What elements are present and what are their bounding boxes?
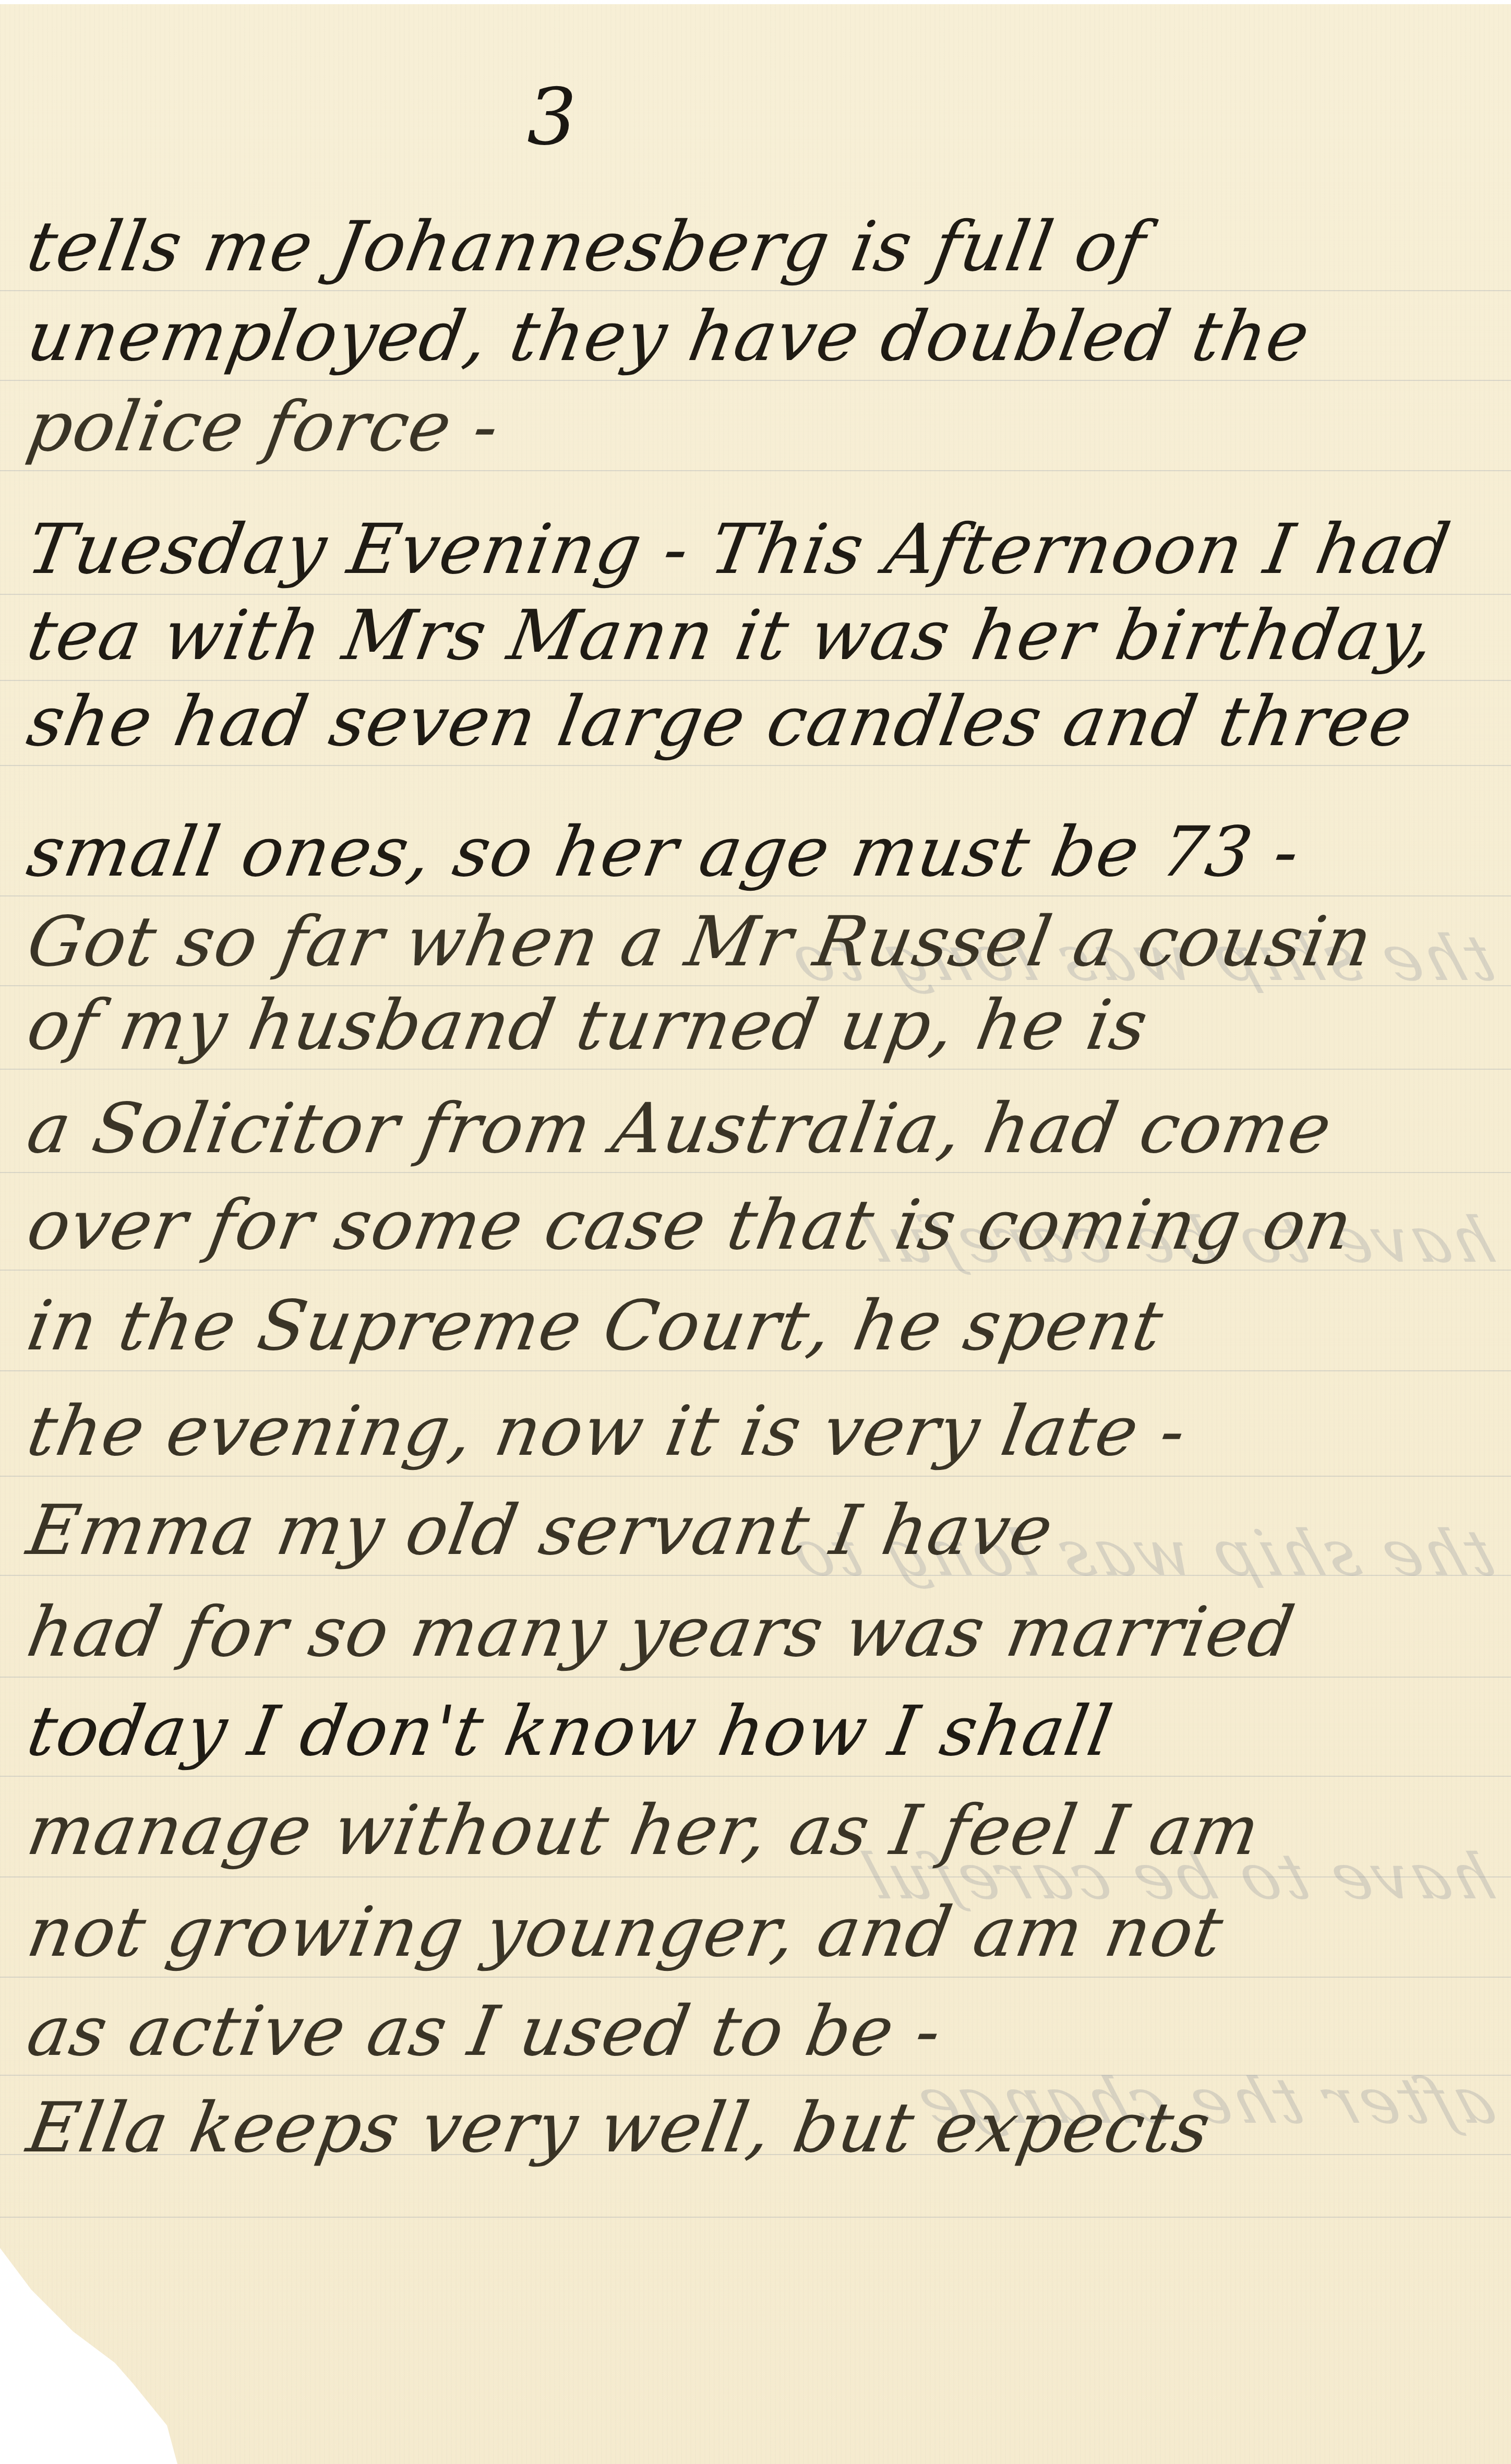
handwritten-line: in the Supreme Court, he spent — [21, 1282, 1508, 1370]
handwritten-line: manage without her, as I feel I am — [21, 1786, 1508, 1875]
handwritten-line: small ones, so her age must be 73 - — [21, 808, 1508, 896]
handwritten-line: had for so many years was married — [21, 1588, 1508, 1677]
handwritten-line: she had seven large candles and three — [21, 677, 1508, 766]
ruled-line — [0, 1876, 1511, 1877]
handwritten-line: not growing younger, and am not — [21, 1888, 1508, 1977]
ruled-line — [0, 1977, 1511, 1978]
ruled-line — [0, 1776, 1511, 1777]
ruled-line — [0, 1677, 1511, 1678]
handwritten-line: unemployed, they have doubled the — [21, 292, 1508, 381]
handwritten-line: Got so far when a Mr Russel a cousin — [21, 898, 1508, 986]
handwritten-line: Tuesday Evening - This Afternoon I had — [21, 505, 1508, 594]
ruled-line — [0, 1270, 1511, 1271]
page-number: 3 — [527, 72, 577, 163]
handwritten-line: the evening, now it is very late - — [21, 1387, 1508, 1476]
handwritten-line: a Solicitor from Australia, had come — [21, 1084, 1508, 1173]
ruled-line — [0, 1476, 1511, 1477]
handwritten-line: as active as I used to be - — [21, 1987, 1508, 2076]
handwritten-line: over for some case that is coming on — [21, 1181, 1508, 1270]
ruled-line — [0, 1575, 1511, 1576]
handwritten-line: tea with Mrs Mann it was her birthday, — [21, 591, 1508, 680]
handwritten-line: today I don't know how I shall — [21, 1687, 1508, 1776]
handwritten-line: police force - — [21, 382, 1508, 471]
handwritten-line: Emma my old servant I have — [21, 1486, 1508, 1575]
ruled-line — [0, 1370, 1511, 1371]
handwritten-line: tells me Johannesberg is full of — [21, 202, 1508, 291]
handwritten-line: of my husband turned up, he is — [21, 981, 1508, 1070]
handwritten-line: Ella keeps very well, but expects — [21, 2084, 1508, 2172]
ruled-line — [0, 2217, 1511, 2218]
letter-page: 28 the ship was long to have to be caref… — [0, 4, 1511, 2464]
